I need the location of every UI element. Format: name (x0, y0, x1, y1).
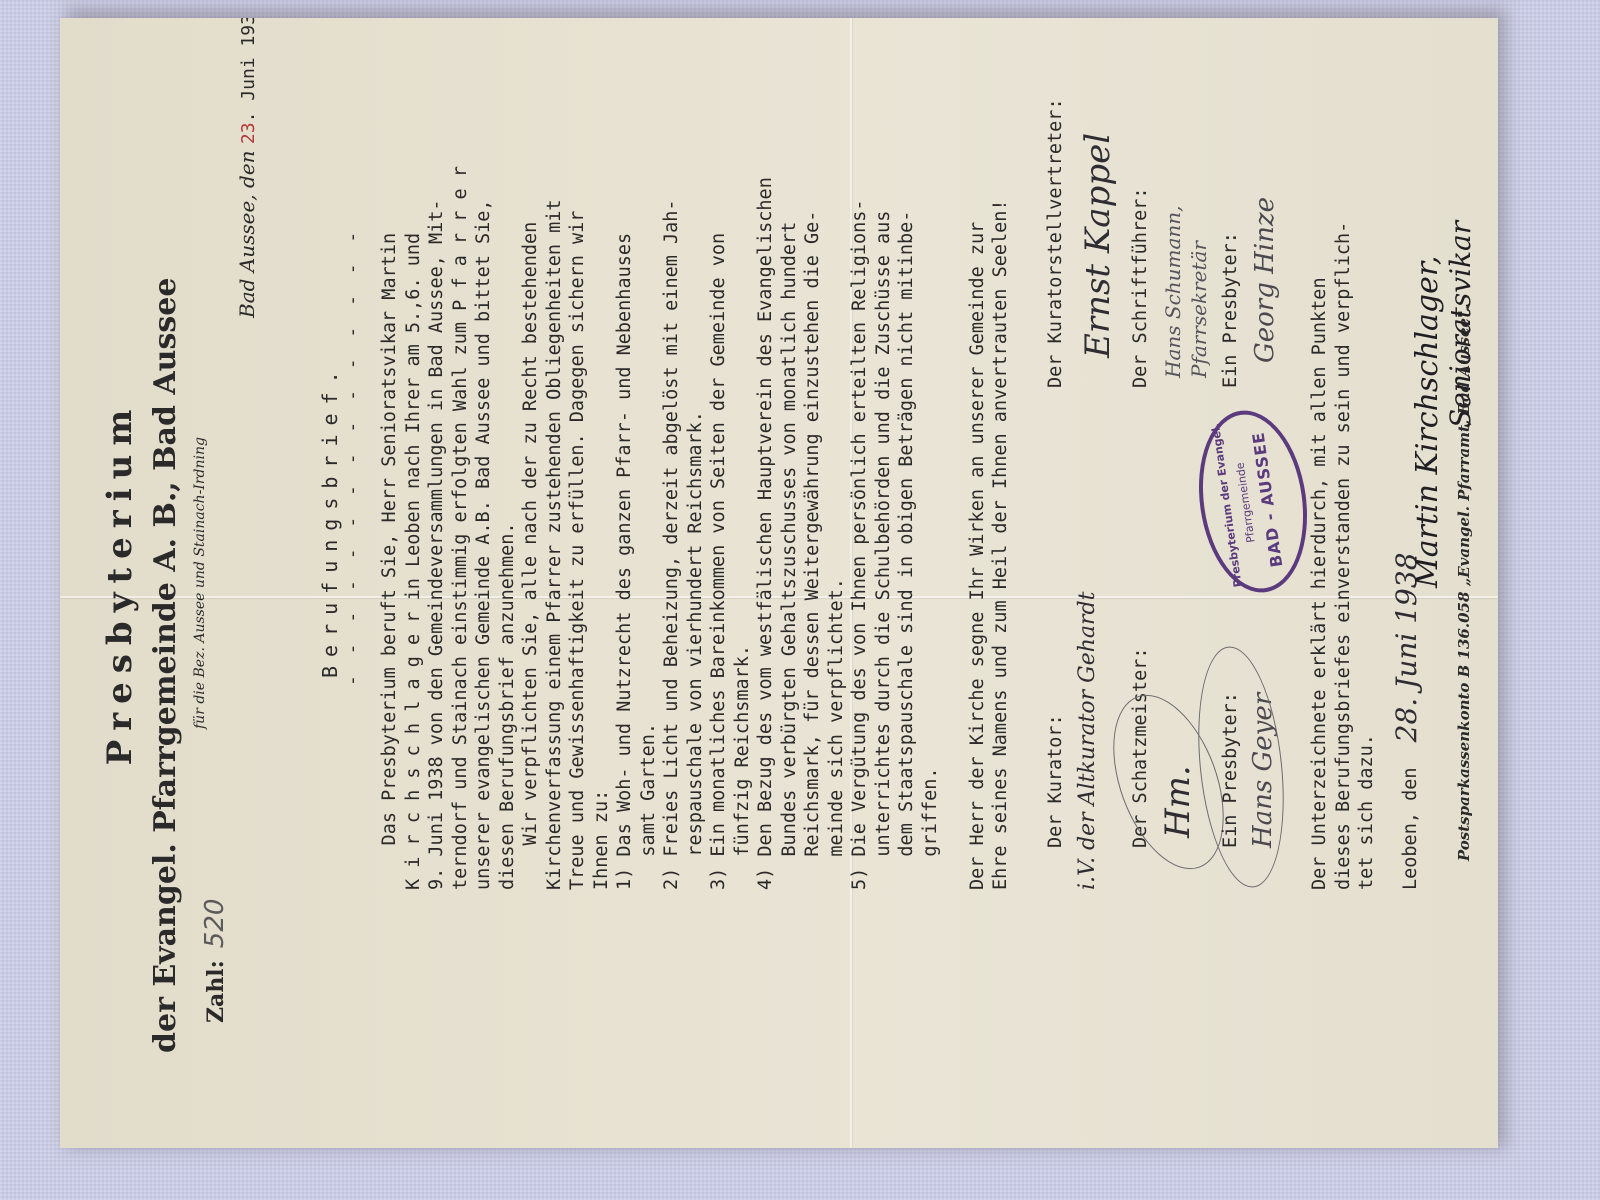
letterhead-parish: der Evangel. Pfarrgemeinde A. B., Bad Au… (148, 18, 183, 1108)
letter-sheet: Presbyterium der Evangel. Pfarrgemeinde … (60, 18, 1498, 1148)
letterhead-title: Presbyterium (100, 18, 140, 1148)
kurator-label: Der Kurator: (1045, 714, 1066, 848)
body-line: 3) Ein monatliches Bareinkommen von Seit… (707, 110, 731, 890)
body-line: 2) Freies Licht und Beheizung, derzeit a… (660, 110, 684, 890)
body-line: Ihnen zu: (590, 110, 614, 890)
closing-line: tet sich dazu. (1355, 110, 1379, 890)
body-line: Bundes verbürgten Gehaltszuschusses von … (778, 110, 802, 890)
dateline: Bad Aussee, den 23. Juni 1938. (235, 18, 259, 318)
presbyter2-label: Ein Presbyter: (1220, 232, 1241, 388)
acceptance-place-date: Leoben, den 28. Juni 1938 (1390, 552, 1423, 890)
body-line: unserer evangelischen Gemeinde A.B. Bad … (472, 110, 496, 890)
body-line: 9. Juni 1938 von den Gemeindeversammlung… (425, 110, 449, 890)
reference-number: Zahl:520 (200, 899, 230, 1023)
acceptance-place: Leoben, den (1400, 767, 1421, 890)
body-line: Ehre seines Namens und zum Heil der Ihne… (989, 110, 1013, 890)
acceptance-declaration: Der Unterzeichnete erklärt hierdurch, mi… (1308, 110, 1379, 890)
body-line: terndorf und Stainach einstimmig erfolgt… (449, 110, 473, 890)
schriftfuehrer-signature: Hans Schumann, Pfarrsekretär (1160, 148, 1212, 378)
body-line: samt Garten. (637, 110, 661, 890)
body-line: 4) Den Bezug des vom westfälischen Haupt… (754, 110, 778, 890)
kuratorstellvertreter-label: Der Kuratorstellvertreter: (1045, 98, 1066, 388)
reference-label: Zahl: (203, 960, 229, 1023)
title-underline: - - - - - - - - - - - - - - - (342, 227, 363, 686)
document-title: Berufungsbrief. (318, 362, 342, 678)
body-line: Reichsmark, für dessen Weitergewährung e… (801, 110, 825, 890)
body-line: fünfzig Reichsmark. (731, 110, 755, 890)
dateline-rest: . Juni 1938. (238, 18, 259, 122)
dateline-day: 23 (238, 122, 259, 144)
body-line: 1) Das Woh- und Nutzrecht des ganzen Pfa… (613, 110, 637, 890)
body-line: respauschale von vierhundert Reichsmark. (684, 110, 708, 890)
body-line: diesen Berufungsbrief anzunehmen. (496, 110, 520, 890)
closing-line: Der Unterzeichnete erklärt hierdurch, mi… (1308, 110, 1332, 890)
kurator-signature: i.V. der Altkurator Gehardt (1075, 592, 1100, 890)
letter-page: Presbyterium der Evangel. Pfarrgemeinde … (60, 18, 1498, 1148)
body-line (942, 110, 966, 890)
body-line: Das Presbyterium beruft Sie, Herr Senior… (378, 110, 402, 890)
body-line: 5) Die Vergütung des von Ihnen persönlic… (848, 110, 872, 890)
acceptance-signature-name: Martin Kirchschlager, (1410, 256, 1445, 588)
body-line: Wir verpflichten Sie, alle nach der zu R… (519, 110, 543, 890)
body-line: K i r c h s c h l a g e r in Leoben nach… (402, 110, 426, 890)
closing-line: dieses Berufungsbriefes einverstanden zu… (1332, 110, 1356, 890)
body-line: Treue und Gewissenhaftigkeit zu erfüllen… (566, 110, 590, 890)
reference-value: 520 (200, 899, 230, 949)
postal-account-footer: Postsparkassenkonto B 136.058 „Evangel. … (1455, 18, 1473, 1148)
body-line: Der Herr der Kirche segne Ihr Wirken an … (966, 110, 990, 890)
presbyter2-signature: Georg Hinze (1250, 197, 1280, 363)
body-line: griffen. (919, 110, 943, 890)
body-line: Kirchenverfassung einem Pfarrer zustehen… (543, 110, 567, 890)
dateline-place: Bad Aussee, den (235, 150, 259, 318)
body-line: unterrichtes durch die Schulbehörden und… (872, 110, 896, 890)
body-line: dem Staatspauschale sind in obigen Beträ… (895, 110, 919, 890)
schriftfuehrer-label: Der Schriftführer: (1130, 188, 1151, 388)
body-line: meinde sich verpflichtet. (825, 110, 849, 890)
kuratorstellvertreter-signature: Ernst Kappel (1078, 133, 1118, 358)
letter-body: Das Presbyterium beruft Sie, Herr Senior… (378, 110, 1013, 890)
parish-seal-stamp: Presbyterium der Evangel. Pfarrgemeinde … (1188, 404, 1318, 600)
